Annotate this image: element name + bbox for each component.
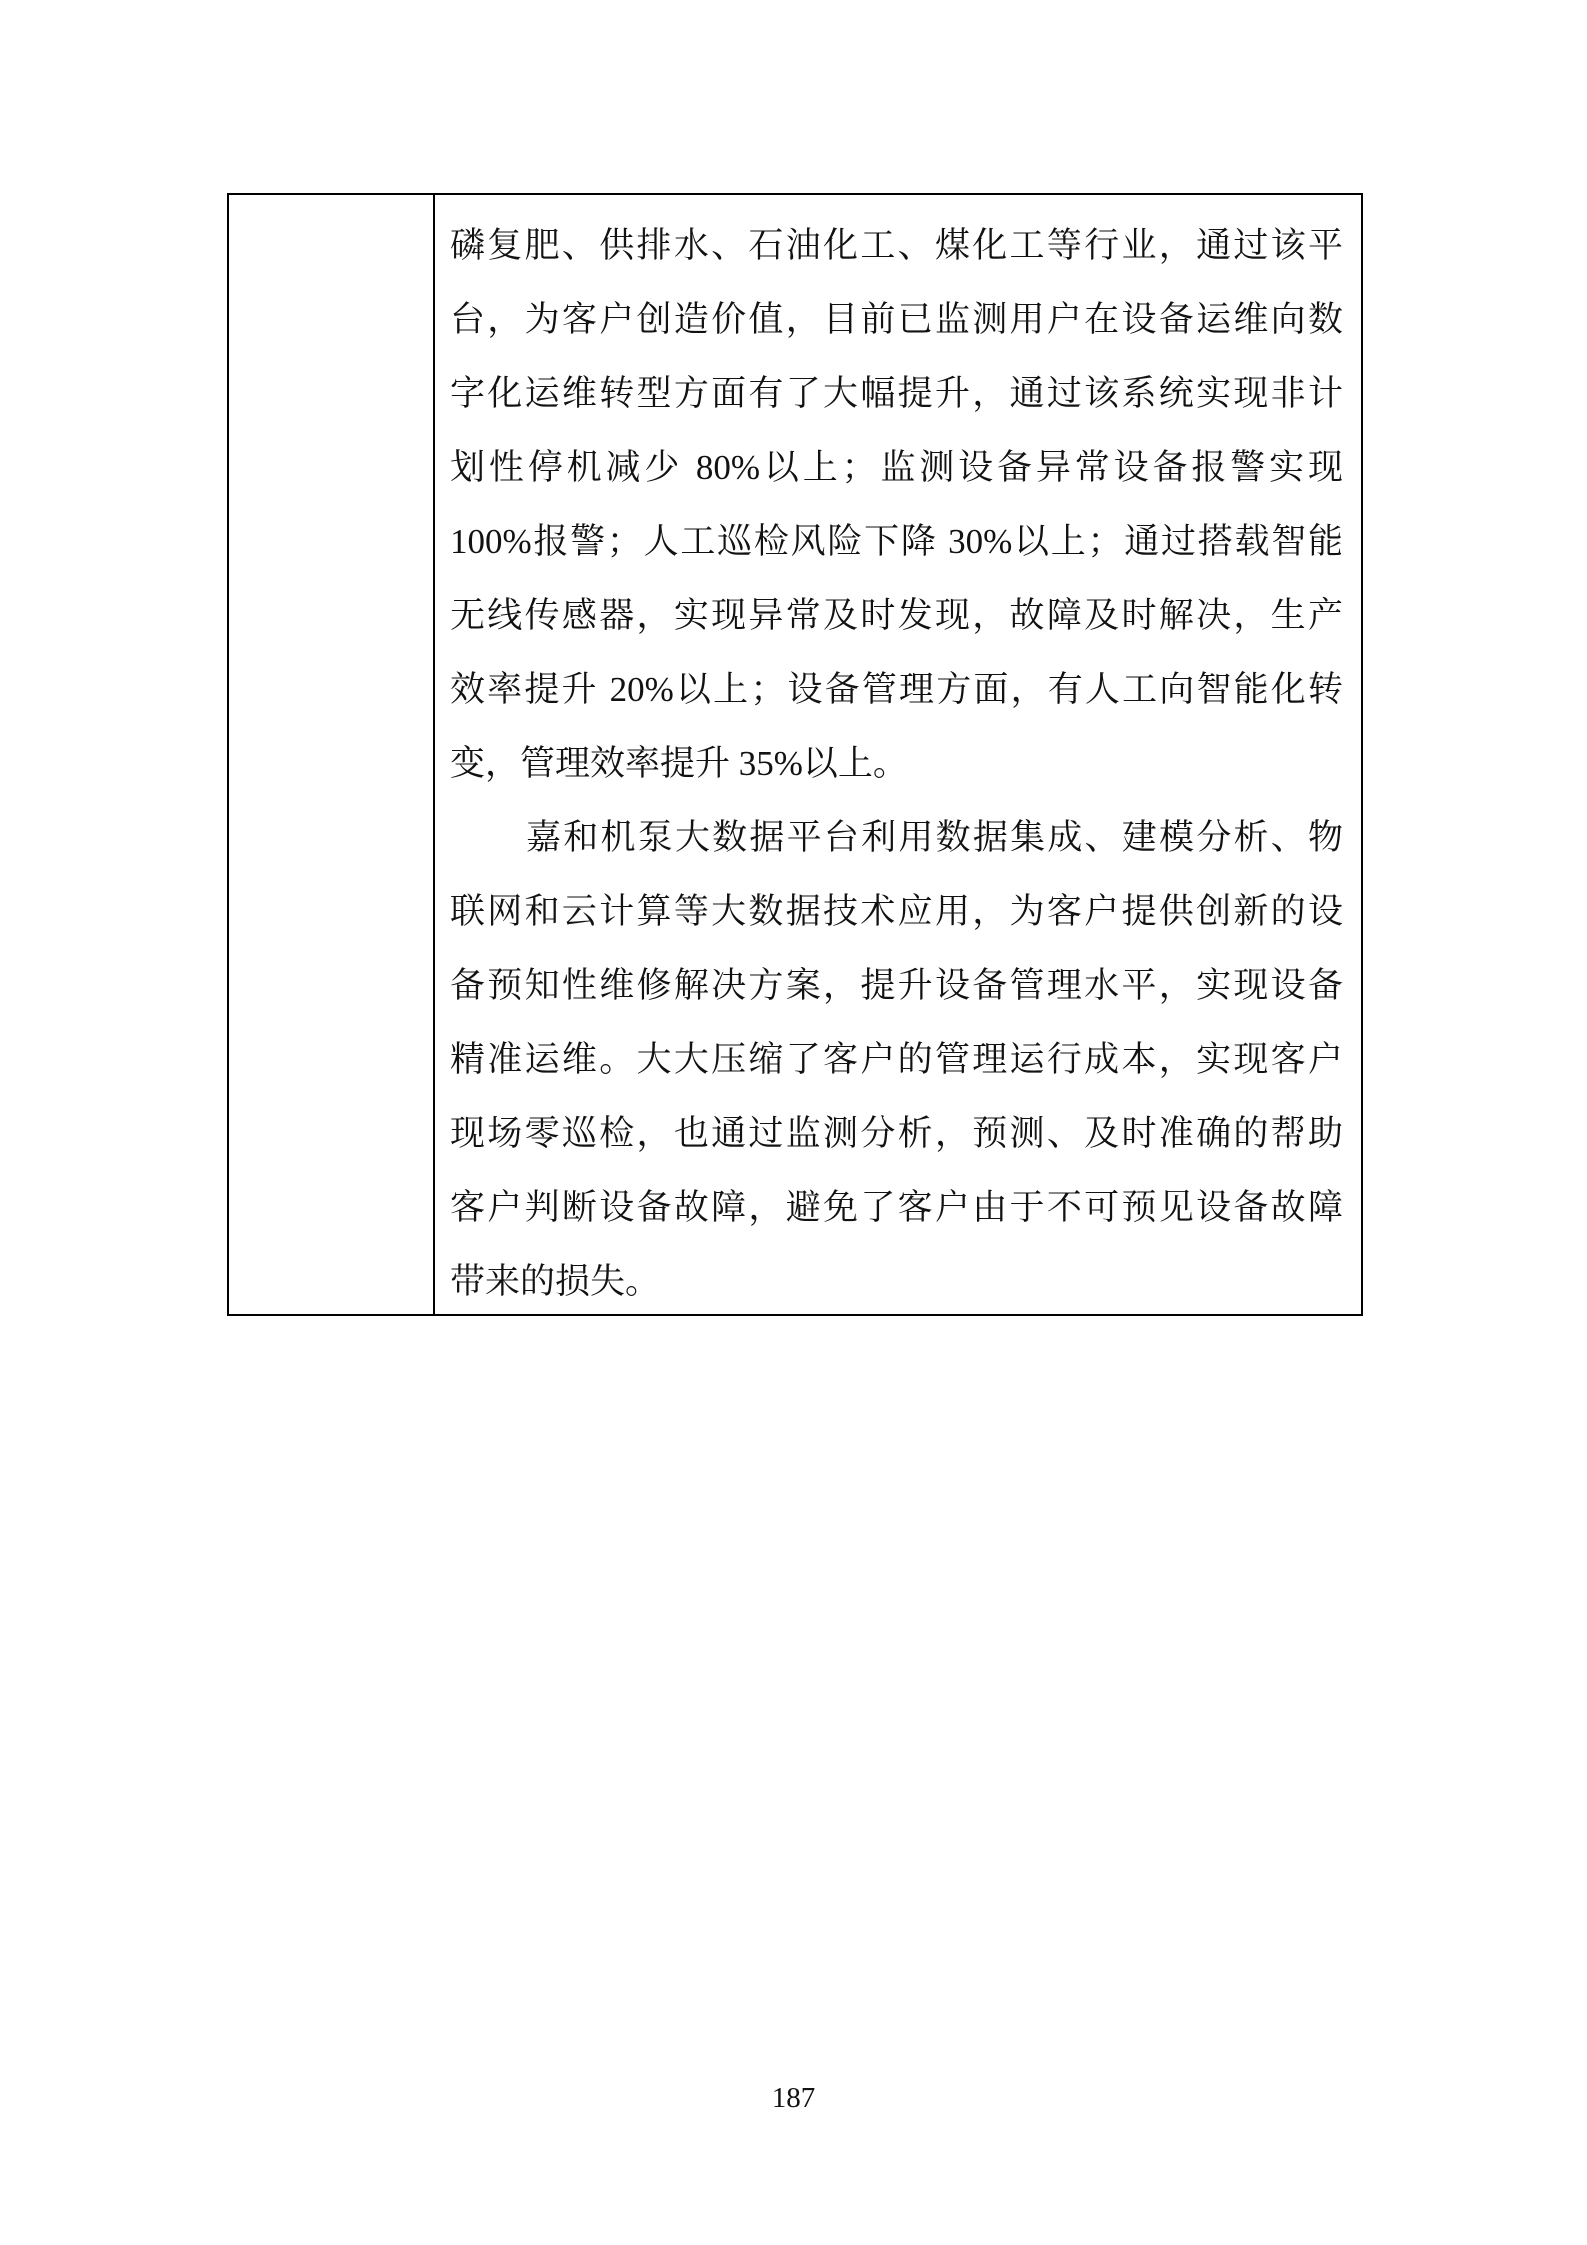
text-line: 字化运维转型方面有了大幅提升，通过该系统实现非计 [450,357,1343,431]
text-line: 无线传感器，实现异常及时发现，故障及时解决，生产 [450,579,1343,653]
text-line: 现场零巡检，也通过监测分析，预测、及时准确的帮助 [450,1097,1343,1171]
text-line: 带来的损失。 [450,1245,1343,1314]
content-table: 磷复肥、供排水、石油化工、煤化工等行业，通过该平 台，为客户创造价值，目前已监测… [227,193,1363,1316]
table-cell-content: 磷复肥、供排水、石油化工、煤化工等行业，通过该平 台，为客户创造价值，目前已监测… [435,195,1361,1314]
table-cell-empty [229,195,435,1314]
text-line: 划性停机减少 80%以上；监测设备异常设备报警实现 [450,431,1343,505]
text-line: 备预知性维修解决方案，提升设备管理水平，实现设备 [450,949,1343,1023]
text-line: 变，管理效率提升 35%以上。 [450,727,1343,801]
text-line: 100%报警；人工巡检风险下降 30%以上；通过搭载智能 [450,505,1343,579]
text-line: 精准运维。大大压缩了客户的管理运行成本，实现客户 [450,1023,1343,1097]
text-line: 嘉和机泵大数据平台利用数据集成、建模分析、物 [450,801,1343,875]
text-line: 磷复肥、供排水、石油化工、煤化工等行业，通过该平 [450,209,1343,283]
text-line: 效率提升 20%以上；设备管理方面，有人工向智能化转 [450,653,1343,727]
page-number: 187 [0,2080,1587,2116]
text-line: 客户判断设备故障，避免了客户由于不可预见设备故障 [450,1171,1343,1245]
text-line: 联网和云计算等大数据技术应用，为客户提供创新的设 [450,875,1343,949]
text-line: 台，为客户创造价值，目前已监测用户在设备运维向数 [450,283,1343,357]
